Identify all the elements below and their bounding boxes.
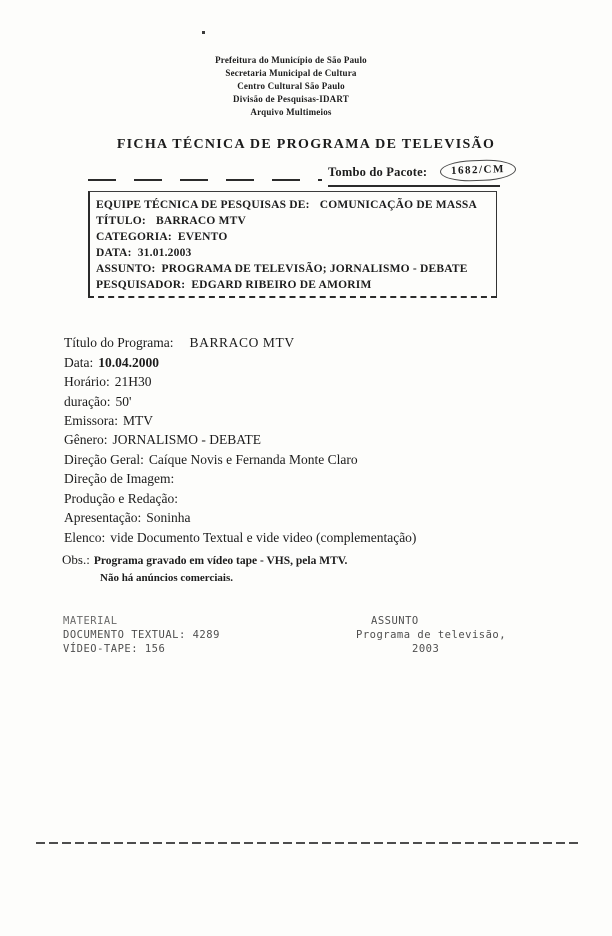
image-direction-line: Direção de Imagem: <box>64 469 416 489</box>
letterhead-line: Arquivo Multimeios <box>175 106 407 119</box>
bottom-dashed-rule <box>36 842 582 844</box>
program-duration-label: duração: <box>64 394 110 409</box>
research-subject-label: ASSUNTO: <box>96 263 156 275</box>
document-title: FICHA TÉCNICA DE PROGRAMA DE TELEVISÃO <box>0 137 612 153</box>
program-station-line: Emissora:MTV <box>64 411 295 431</box>
research-category-value: EVENTO <box>178 231 228 243</box>
general-direction-label: Direção Geral: <box>64 452 144 467</box>
letterhead-line: Divisão de Pesquisas-IDART <box>175 93 407 106</box>
research-category-label: CATEGORIA: <box>96 231 172 243</box>
credits-block: Gênero:JORNALISMO - DEBATE Direção Geral… <box>64 430 416 547</box>
presentation-value: Soninha <box>146 510 190 525</box>
genre-line: Gênero:JORNALISMO - DEBATE <box>64 430 416 450</box>
program-title-line: Título do Programa:BARRACO MTV <box>64 333 295 353</box>
footer-material-column: MATERIAL DOCUMENTO TEXTUAL: 4289 VÍDEO-T… <box>63 614 220 656</box>
research-researcher-label: PESQUISADOR: <box>96 279 185 291</box>
research-researcher-value: EDGARD RIBEIRO DE AMORIM <box>191 279 371 291</box>
cast-value: vide Documento Textual e vide video (com… <box>110 530 416 545</box>
general-direction-line: Direção Geral:Caíque Novis e Fernanda Mo… <box>64 450 416 470</box>
program-duration-line: duração:50' <box>64 392 295 412</box>
general-direction-value: Caíque Novis e Fernanda Monte Claro <box>149 452 358 467</box>
research-team-label: EQUIPE TÉCNICA DE PESQUISAS DE: <box>96 199 310 211</box>
presentation-line: Apresentação:Soninha <box>64 508 416 528</box>
program-station-label: Emissora: <box>64 413 118 428</box>
footer-subject-column: ASSUNTO Programa de televisão, 2003 <box>356 614 506 656</box>
cast-label: Elenco: <box>64 530 105 545</box>
material-tape-line: VÍDEO-TAPE: 156 <box>63 642 220 656</box>
research-researcher-line: PESQUISADOR:EDGARD RIBEIRO DE AMORIM <box>96 277 492 293</box>
research-team-box: EQUIPE TÉCNICA DE PESQUISAS DE:COMUNICAÇ… <box>88 191 497 298</box>
research-category-line: CATEGORIA:EVENTO <box>96 229 492 245</box>
program-duration-value: 50' <box>115 394 131 409</box>
letterhead-line: Prefeitura do Município de São Paulo <box>175 54 407 67</box>
material-document-line: DOCUMENTO TEXTUAL: 4289 <box>63 628 220 642</box>
footer-subject-value: Programa de televisão, <box>356 628 506 642</box>
genre-value: JORNALISMO - DEBATE <box>112 432 261 447</box>
research-title-value: BARRACO MTV <box>156 215 246 227</box>
research-date-line: DATA:31.01.2003 <box>96 245 492 261</box>
obs-label: Obs.: <box>62 552 90 567</box>
observations-block: Obs.:Programa gravado em vídeo tape - VH… <box>62 552 347 586</box>
tombo-value-circled: 1682/CM <box>440 159 517 183</box>
scan-artifact-dot <box>202 31 205 34</box>
program-title-label: Título do Programa: <box>64 335 173 350</box>
image-direction-label: Direção de Imagem: <box>64 471 174 486</box>
genre-label: Gênero: <box>64 432 107 447</box>
program-date-label: Data: <box>64 355 93 370</box>
letterhead: Prefeitura do Município de São Paulo Sec… <box>175 54 407 119</box>
production-label: Produção e Redação: <box>64 491 178 506</box>
research-date-label: DATA: <box>96 247 132 259</box>
program-time-label: Horário: <box>64 374 110 389</box>
research-team-value: COMUNICAÇÃO DE MASSA <box>320 199 477 211</box>
material-header: MATERIAL <box>63 614 220 628</box>
footer-subject-header: ASSUNTO <box>371 614 506 628</box>
tombo-underline <box>328 185 500 187</box>
program-title-value: BARRACO MTV <box>189 335 294 350</box>
tombo-label: Tombo do Pacote: <box>328 165 427 180</box>
program-time-line: Horário:21H30 <box>64 372 295 392</box>
research-title-label: TÍTULO: <box>96 215 146 227</box>
research-title-line: TÍTULO:BARRACO MTV <box>96 213 492 229</box>
letterhead-line: Centro Cultural São Paulo <box>175 80 407 93</box>
scanned-document-page: Prefeitura do Município de São Paulo Sec… <box>0 0 612 936</box>
program-info-block: Título do Programa:BARRACO MTV Data:10.0… <box>64 333 295 431</box>
research-date-value: 31.01.2003 <box>138 247 192 259</box>
research-subject-line: ASSUNTO:PROGRAMA DE TELEVISÃO; JORNALISM… <box>96 261 492 277</box>
letterhead-line: Secretaria Municipal de Cultura <box>175 67 407 80</box>
tombo-dashed-rule <box>88 179 322 181</box>
obs-line1: Obs.:Programa gravado em vídeo tape - VH… <box>62 552 347 569</box>
program-station-value: MTV <box>123 413 153 428</box>
obs-text1: Programa gravado em vídeo tape - VHS, pe… <box>94 555 348 567</box>
program-date-value: 10.04.2000 <box>98 355 159 370</box>
program-date-line: Data:10.04.2000 <box>64 353 295 373</box>
presentation-label: Apresentação: <box>64 510 141 525</box>
production-line: Produção e Redação: <box>64 489 416 509</box>
research-subject-value: PROGRAMA DE TELEVISÃO; JORNALISMO - DEBA… <box>162 263 468 275</box>
obs-text2: Não há anúncios comerciais. <box>100 570 347 586</box>
research-team-line: EQUIPE TÉCNICA DE PESQUISAS DE:COMUNICAÇ… <box>96 197 492 213</box>
program-time-value: 21H30 <box>115 374 152 389</box>
cast-line: Elenco:vide Documento Textual e vide vid… <box>64 528 416 548</box>
footer-subject-year: 2003 <box>412 642 506 656</box>
